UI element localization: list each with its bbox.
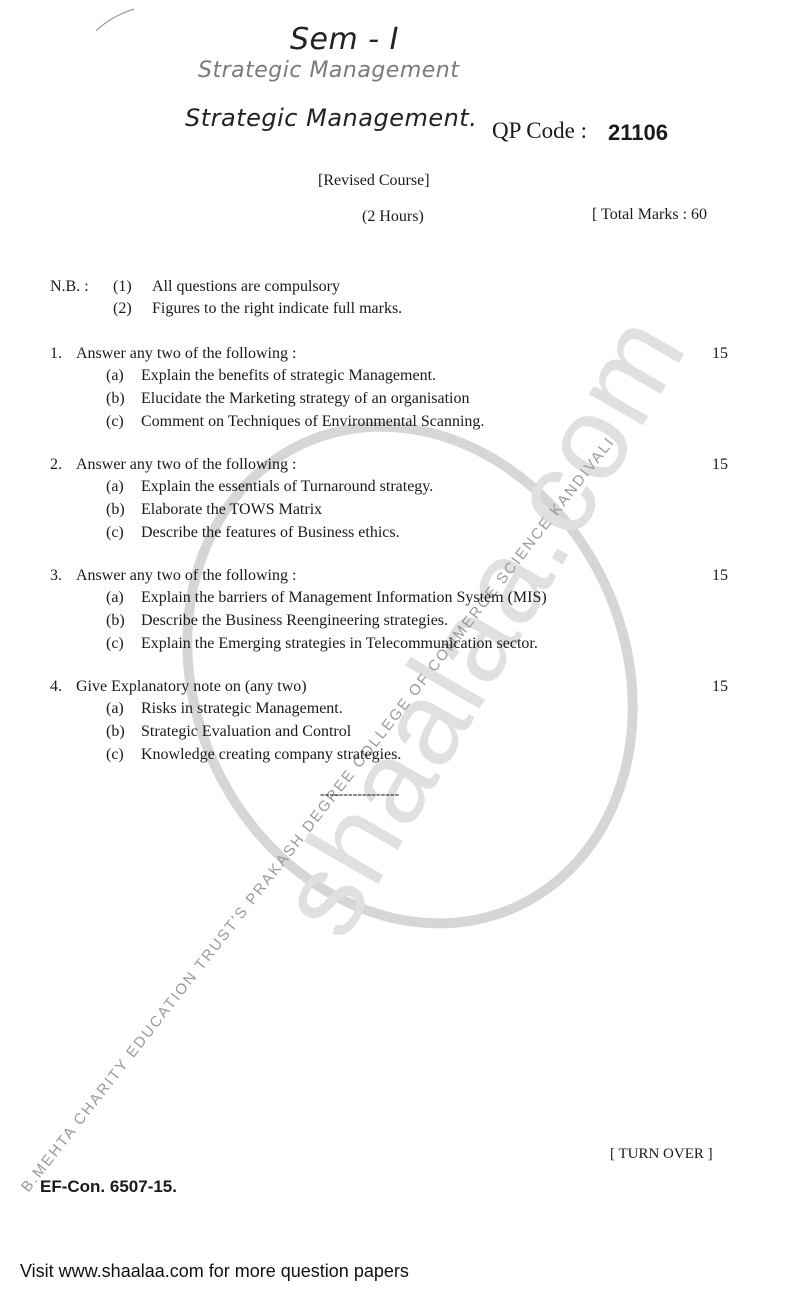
nb-label: N.B. : — [50, 278, 89, 296]
question-part-label: (a) — [106, 700, 124, 718]
handwritten-subject-faint: Strategic Management — [198, 58, 459, 83]
question-part-label: (a) — [106, 367, 124, 385]
question-part-label: (b) — [106, 612, 125, 630]
question-marks: 15 — [712, 456, 728, 474]
question-part-text: Elaborate the TOWS Matrix — [141, 501, 322, 519]
question-part-text: Knowledge creating company strategies. — [141, 746, 401, 764]
question-marks: 15 — [712, 678, 728, 696]
question-part-label: (b) — [106, 723, 125, 741]
question-part-text: Explain the barriers of Management Infor… — [141, 589, 547, 607]
course-label: [Revised Course] — [318, 172, 430, 190]
duration: (2 Hours) — [362, 208, 424, 226]
note-number: (2) — [113, 300, 132, 318]
question-part-text: Explain the essentials of Turnaround str… — [141, 478, 433, 496]
question-part-text: Strategic Evaluation and Control — [141, 723, 351, 741]
question-part-label: (c) — [106, 524, 124, 542]
question-part-text: Describe the Business Reengineering stra… — [141, 612, 448, 630]
question-part-text: Describe the features of Business ethics… — [141, 524, 400, 542]
question-part-text: Comment on Techniques of Environmental S… — [141, 413, 484, 431]
note-number: (1) — [113, 278, 132, 296]
question-part-label: (c) — [106, 635, 124, 653]
question-marks: 15 — [712, 345, 728, 363]
handwritten-subject: Strategic Management. — [185, 104, 477, 132]
note-text: Figures to the right indicate full marks… — [152, 300, 402, 318]
question-prompt: Answer any two of the following : — [76, 567, 296, 585]
question-part-label: (c) — [106, 746, 124, 764]
end-separator: ----------------- — [320, 787, 399, 803]
question-part-label: (c) — [106, 413, 124, 431]
pen-mark — [90, 5, 140, 35]
question-prompt: Answer any two of the following : — [76, 456, 296, 474]
qp-code-value: 21106 — [608, 120, 668, 146]
note-text: All questions are compulsory — [152, 278, 340, 296]
question-part-label: (b) — [106, 501, 125, 519]
question-marks: 15 — [712, 567, 728, 585]
question-number: 4. — [50, 678, 62, 696]
question-part-text: Risks in strategic Management. — [141, 700, 343, 718]
qp-code-label: QP Code : — [492, 118, 587, 144]
question-part-text: Explain the Emerging strategies in Telec… — [141, 635, 538, 653]
question-part-label: (a) — [106, 589, 124, 607]
question-part-label: (b) — [106, 390, 125, 408]
question-number: 2. — [50, 456, 62, 474]
paper-code: EF-Con. 6507-15. — [40, 1177, 177, 1197]
turn-over-label: [ TURN OVER ] — [610, 1146, 713, 1163]
site-footer-note: Visit www.shaalaa.com for more question … — [20, 1261, 409, 1282]
question-part-label: (a) — [106, 478, 124, 496]
question-prompt: Give Explanatory note on (any two) — [76, 678, 307, 696]
total-marks: [ Total Marks : 60 — [592, 206, 707, 224]
question-number: 1. — [50, 345, 62, 363]
question-part-text: Explain the benefits of strategic Manage… — [141, 367, 436, 385]
question-prompt: Answer any two of the following : — [76, 345, 296, 363]
handwritten-semester: Sem - I — [290, 22, 399, 57]
question-number: 3. — [50, 567, 62, 585]
question-part-text: Elucidate the Marketing strategy of an o… — [141, 390, 470, 408]
